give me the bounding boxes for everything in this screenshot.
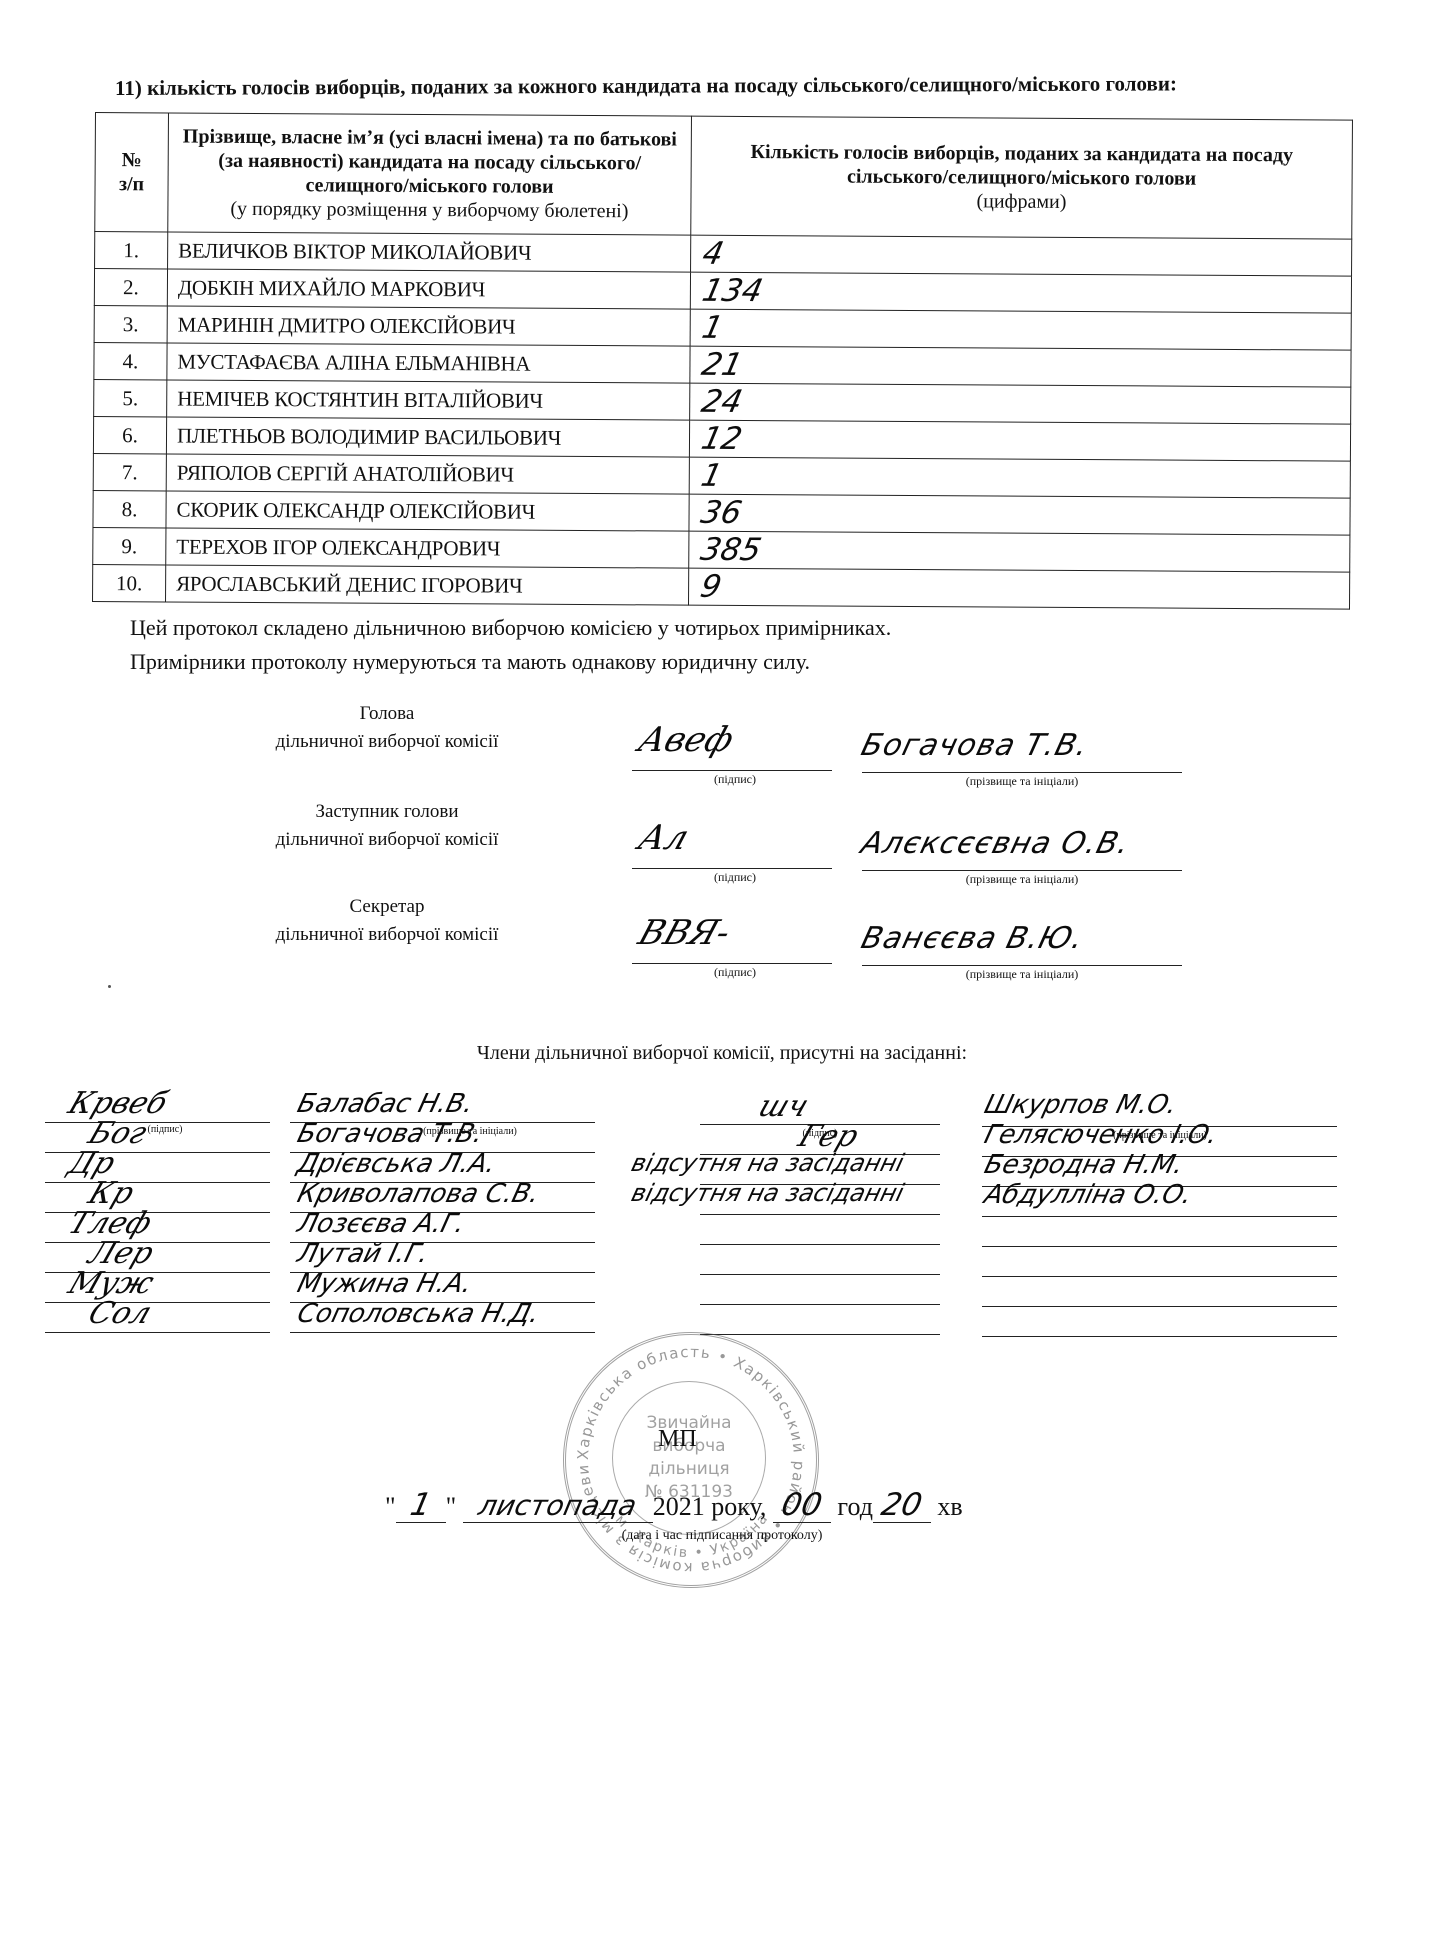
row-number: 6. xyxy=(93,416,166,453)
member-name: Абдулліна О.О. xyxy=(981,1180,1195,1210)
signing-caption: (дата і час підписання протоколу) xyxy=(0,1528,1444,1544)
vote-count: 36 xyxy=(689,494,1350,535)
official-stamp: Харківська область • Харківський район •… xyxy=(563,1332,819,1588)
vote-count: 12 xyxy=(689,420,1350,461)
member-name-line xyxy=(982,1216,1337,1217)
row-number: 2. xyxy=(94,269,167,306)
row-number: 10. xyxy=(93,564,166,601)
member-name: Безродна Н.М. xyxy=(981,1150,1186,1180)
signing-minutes: 20 xyxy=(873,1490,931,1523)
member-name: Шкурпов М.О. xyxy=(981,1090,1180,1120)
member-signature: Сол xyxy=(84,1296,157,1331)
signing-month: листопада xyxy=(463,1491,653,1523)
signing-day: 1 xyxy=(396,1490,446,1523)
table-row: 10.ЯРОСЛАВСЬКИЙ ДЕНИС ІГОРОВИЧ9 xyxy=(93,564,1350,609)
member-sig-caption: (підпис) xyxy=(135,1124,195,1135)
hours-label: год xyxy=(837,1492,873,1521)
statement-line-1: Цей протокол складено дільничною виборчо… xyxy=(130,612,891,644)
name-line xyxy=(862,965,1182,966)
header-votes: Кількість голосів виборців, поданих за к… xyxy=(691,116,1353,239)
candidate-name: СКОРИК ОЛЕКСАНДР ОЛЕКСІЙОВИЧ xyxy=(166,491,689,531)
name-line xyxy=(862,772,1182,773)
candidate-name: МАРИНІН ДМИТРО ОЛЕКСІЙОВИЧ xyxy=(167,306,690,346)
header-number: № з/п xyxy=(95,113,169,232)
candidate-name: ДОБКІН МИХАЙЛО МАРКОВИЧ xyxy=(167,269,690,309)
section-title: 11) кількість голосів виборців, поданих … xyxy=(115,71,1177,101)
member-signature-line xyxy=(45,1182,270,1183)
official-signature: ВВЯ- xyxy=(640,913,729,953)
member-name-line xyxy=(290,1332,595,1333)
member-signature-line xyxy=(700,1244,940,1245)
member-signature: шч xyxy=(754,1089,814,1124)
results-table: № з/п Прізвище, власне ім’я (усі власні … xyxy=(92,112,1353,610)
official-role: Головадільничної виборчої комісії xyxy=(227,700,547,756)
member-name-line xyxy=(982,1306,1337,1307)
member-name: Лозєєва А.Г. xyxy=(294,1209,468,1239)
signature-caption: (підпис) xyxy=(690,870,780,885)
signing-year: 2021 року, xyxy=(653,1492,767,1521)
signature-caption: (підпис) xyxy=(690,965,780,980)
candidate-name: РЯПОЛОВ СЕРГІЙ АНАТОЛІЙОВИЧ xyxy=(166,454,689,494)
vote-count: 385 xyxy=(689,531,1350,572)
signing-hours: 00 xyxy=(773,1490,831,1523)
member-name-caption: (прізвище та ініціали) xyxy=(1095,1130,1225,1141)
member-signature-line xyxy=(45,1332,270,1333)
official-name: Алєксєєвна О.В. xyxy=(862,826,1129,861)
official-signature: Авеф xyxy=(640,720,732,760)
member-signature-line xyxy=(700,1304,940,1305)
stamp-place-label: МП xyxy=(658,1426,697,1453)
signature-line xyxy=(632,963,832,964)
name-caption: (прізвище та ініціали) xyxy=(942,774,1102,789)
member-name-line xyxy=(982,1276,1337,1277)
row-number: 9. xyxy=(93,527,166,564)
vote-count: 4 xyxy=(691,235,1352,276)
vote-count: 1 xyxy=(690,309,1351,350)
official-name: Ванєєва В.Ю. xyxy=(862,921,1083,956)
signature-caption: (підпис) xyxy=(690,772,780,787)
member-name: Лутай І.Г. xyxy=(294,1239,431,1269)
member-name: Дрієвська Л.А. xyxy=(294,1149,499,1179)
member-absence-note: відсутня на засіданні xyxy=(629,1179,907,1207)
signature-line xyxy=(632,770,832,771)
candidate-name: ЯРОСЛАВСЬКИЙ ДЕНИС ІГОРОВИЧ xyxy=(166,565,689,605)
member-signature-line xyxy=(700,1274,940,1275)
vote-count: 21 xyxy=(690,346,1351,387)
member-name: Сополовська Н.Д. xyxy=(294,1299,542,1329)
member-name: Балабас Н.В. xyxy=(294,1089,476,1119)
vote-count: 134 xyxy=(690,272,1351,313)
name-caption: (прізвище та ініціали) xyxy=(942,872,1102,887)
member-signature-line xyxy=(700,1214,940,1215)
vote-count: 9 xyxy=(688,568,1349,609)
official-role: Заступник головидільничної виборчої комі… xyxy=(227,798,547,854)
member-name: Криволапова С.В. xyxy=(294,1179,542,1209)
member-signature-line xyxy=(45,1302,270,1303)
row-number: 3. xyxy=(94,305,167,342)
candidate-name: ТЕРЕХОВ ІГОР ОЛЕКСАНДРОВИЧ xyxy=(166,528,689,568)
official-signature: Ал xyxy=(640,818,687,858)
member-absence-note: відсутня на засіданні xyxy=(629,1149,907,1177)
members-title: Члени дільничної виборчої комісії, прису… xyxy=(0,1042,1444,1065)
member-sig-caption: (підпис) xyxy=(790,1128,850,1139)
vote-count: 1 xyxy=(689,457,1350,498)
name-caption: (прізвище та ініціали) xyxy=(942,967,1102,982)
table-header-row: № з/п Прізвище, власне ім’я (усі власні … xyxy=(95,113,1353,240)
official-role: Секретардільничної виборчої комісії xyxy=(227,893,547,949)
member-signature-line xyxy=(45,1122,270,1123)
official-name: Богачова Т.В. xyxy=(862,728,1088,763)
vote-count: 24 xyxy=(690,383,1351,424)
candidate-name: НЕМІЧЕВ КОСТЯНТИН ВІТАЛІЙОВИЧ xyxy=(167,380,690,420)
member-name: Мужина Н.А. xyxy=(294,1269,475,1299)
candidate-name: МУСТАФАЄВА АЛІНА ЕЛЬМАНІВНА xyxy=(167,343,690,383)
statement-line-2: Примірники протоколу нумеруються та мают… xyxy=(130,646,810,678)
row-number: 8. xyxy=(93,490,166,527)
row-number: 7. xyxy=(93,453,166,490)
member-name-caption: (прізвище та ініціали) xyxy=(405,1126,535,1137)
signing-date-row: "1" листопада2021 року, 00 год20 хв xyxy=(385,1490,963,1523)
minutes-label: хв xyxy=(937,1492,962,1521)
row-number: 4. xyxy=(94,342,167,379)
candidate-name: ВЕЛИЧКОВ ВІКТОР МИКОЛАЙОВИЧ xyxy=(168,232,691,272)
member-name-line xyxy=(982,1336,1337,1337)
scan-speck xyxy=(108,985,111,988)
row-number: 5. xyxy=(94,379,167,416)
candidate-name: ПЛЕТНЬОВ ВОЛОДИМИР ВАСИЛЬОВИЧ xyxy=(166,417,689,457)
member-name-line xyxy=(982,1246,1337,1247)
row-number: 1. xyxy=(95,232,168,269)
member-signature-line xyxy=(45,1242,270,1243)
header-candidate-name: Прізвище, власне ім’я (усі власні імена)… xyxy=(168,113,692,235)
signature-line xyxy=(632,868,832,869)
name-line xyxy=(862,870,1182,871)
